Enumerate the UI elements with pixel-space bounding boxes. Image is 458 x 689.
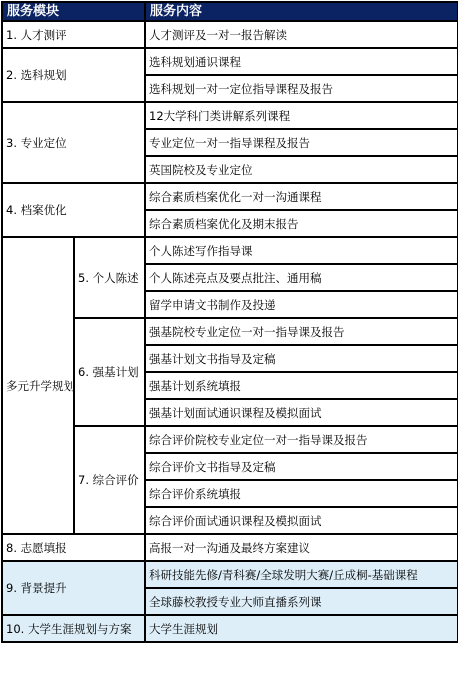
service-item: 综合评价院校专业定位一对一指导课及报告: [145, 426, 458, 453]
service-item: 强基计划面试通识课程及模拟面试: [145, 399, 458, 426]
service-item: 科研技能先修/青科赛/全球发明大赛/丘成桐-基础课程: [145, 561, 458, 588]
service-item: 选科规划一对一定位指导课程及报告: [145, 75, 458, 102]
table-row: 4. 档案优化 综合素质档案优化一对一沟通课程: [2, 183, 458, 210]
table-row: 1. 人才测评 人才测评及一对一报告解读: [2, 21, 458, 48]
service-item: 综合评价文书指导及定稿: [145, 453, 458, 480]
service-item: 强基计划系统填报: [145, 372, 458, 399]
service-item: 12大学科门类讲解系列课程: [145, 102, 458, 129]
service-item: 英国院校及专业定位: [145, 156, 458, 183]
service-item: 全球藤校教授专业大师直播系列课: [145, 588, 458, 615]
service-item: 个人陈述写作指导课: [145, 237, 458, 264]
module-label: 9. 背景提升: [2, 561, 145, 615]
service-item: 高报一对一沟通及最终方案建议: [145, 534, 458, 561]
header-content: 服务内容: [145, 2, 458, 21]
service-table: 服务模块 服务内容 1. 人才测评 人才测评及一对一报告解读 2. 选科规划 选…: [1, 1, 458, 643]
service-item: 综合素质档案优化一对一沟通课程: [145, 183, 458, 210]
service-item: 综合素质档案优化及期末报告: [145, 210, 458, 237]
submodule-label: 5. 个人陈述: [74, 237, 145, 318]
table-row: 2. 选科规划 选科规划通识课程: [2, 48, 458, 75]
service-item: 个人陈述亮点及要点批注、通用稿: [145, 264, 458, 291]
module-label: 2. 选科规划: [2, 48, 145, 102]
module-label: 3. 专业定位: [2, 102, 145, 183]
table-row: 3. 专业定位 12大学科门类讲解系列课程: [2, 102, 458, 129]
service-item: 大学生涯规划: [145, 615, 458, 642]
service-item: 留学申请文书制作及投递: [145, 291, 458, 318]
service-item: 人才测评及一对一报告解读: [145, 21, 458, 48]
module-label: 10. 大学生涯规划与方案: [2, 615, 145, 642]
table-header-row: 服务模块 服务内容: [2, 2, 458, 21]
module-label: 4. 档案优化: [2, 183, 145, 237]
submodule-label: 7. 综合评价: [74, 426, 145, 534]
table-row: 10. 大学生涯规划与方案 大学生涯规划: [2, 615, 458, 642]
service-item: 综合评价系统填报: [145, 480, 458, 507]
submodule-label: 6. 强基计划: [74, 318, 145, 426]
table-row: 9. 背景提升 科研技能先修/青科赛/全球发明大赛/丘成桐-基础课程: [2, 561, 458, 588]
table-row: 8. 志愿填报 高报一对一沟通及最终方案建议: [2, 534, 458, 561]
service-item: 专业定位一对一指导课程及报告: [145, 129, 458, 156]
service-item: 强基院校专业定位一对一指导课及报告: [145, 318, 458, 345]
module-label-multi-path: 多元升学规划: [2, 237, 74, 534]
service-item: 强基计划文书指导及定稿: [145, 345, 458, 372]
header-module: 服务模块: [2, 2, 145, 21]
table-row: 多元升学规划 5. 个人陈述 个人陈述写作指导课: [2, 237, 458, 264]
service-item: 选科规划通识课程: [145, 48, 458, 75]
service-item: 综合评价面试通识课程及模拟面试: [145, 507, 458, 534]
module-label: 1. 人才测评: [2, 21, 145, 48]
module-label: 8. 志愿填报: [2, 534, 145, 561]
